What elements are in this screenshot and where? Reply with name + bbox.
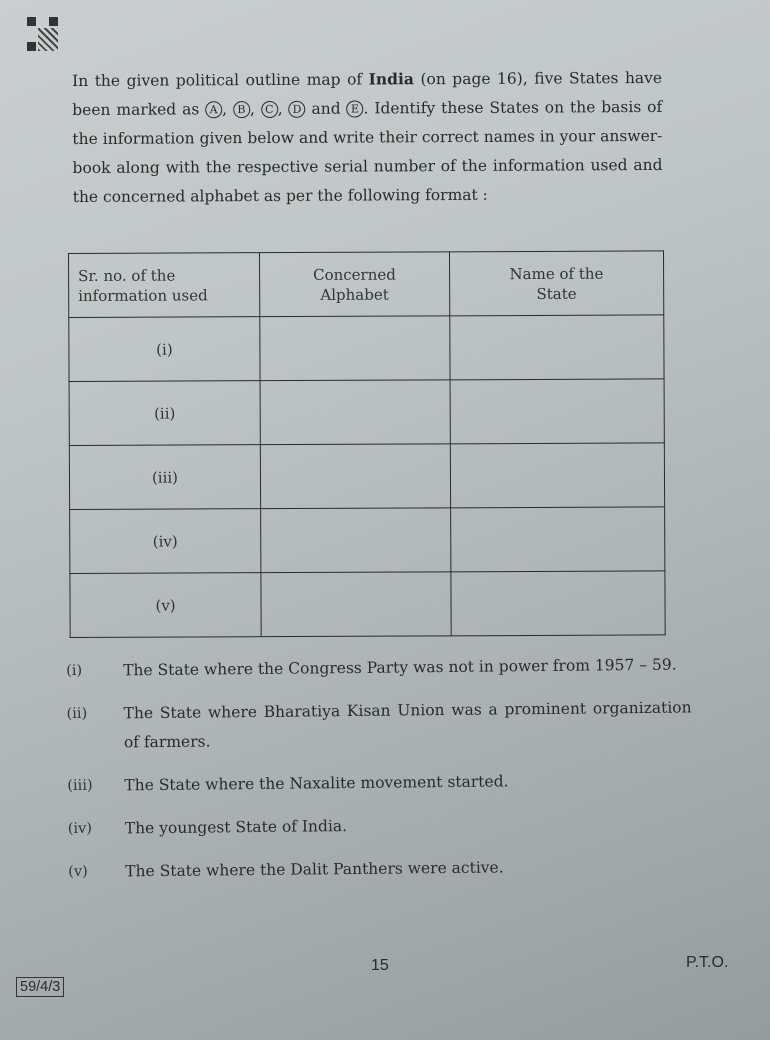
cell-alphabet <box>260 444 450 509</box>
header-line: Sr. no. of the <box>78 266 175 284</box>
marker-a-icon: A <box>205 101 222 118</box>
separator: , <box>278 100 289 118</box>
marker-e-icon: E <box>346 100 363 117</box>
separator: , <box>222 100 233 118</box>
item-number: (ii) <box>66 699 124 758</box>
answer-format-table: Sr. no. of theinformation used Concerned… <box>68 250 666 638</box>
cell-sr: (ii) <box>69 381 260 446</box>
table-row: (iv) <box>70 507 665 574</box>
table-row: (i) <box>69 315 664 382</box>
cell-alphabet <box>261 572 451 637</box>
cell-alphabet <box>261 508 451 573</box>
item-number: (v) <box>68 857 125 887</box>
intro-bold-india: India <box>369 69 414 88</box>
information-list: (i)The State where the Congress Party wa… <box>66 650 694 901</box>
item-text: The youngest State of India. <box>125 808 693 843</box>
separator: , <box>250 100 261 118</box>
cell-state <box>450 507 665 572</box>
header-line: State <box>536 284 576 302</box>
header-line: information used <box>78 286 208 305</box>
item-text: The State where the Dalit Panthers were … <box>125 851 693 886</box>
header-concerned-alphabet: ConcernedAlphabet <box>260 252 450 317</box>
marker-c-icon: C <box>261 101 278 118</box>
cell-state <box>451 571 666 636</box>
item-text: The State where the Congress Party was n… <box>123 650 691 685</box>
cell-sr: (iv) <box>70 509 261 574</box>
table-row: (ii) <box>69 379 664 446</box>
list-item: (ii)The State where Bharatiya Kisan Unio… <box>66 693 692 758</box>
separator: and <box>306 100 347 118</box>
table-row: (iii) <box>69 443 664 510</box>
header-line: Concerned <box>313 265 396 283</box>
header-line: Alphabet <box>320 285 388 303</box>
page-number: 15 <box>371 957 389 975</box>
cell-sr: (iii) <box>69 445 260 510</box>
item-number: (i) <box>66 656 123 686</box>
header-sr-no: Sr. no. of theinformation used <box>69 253 260 318</box>
marker-d-icon: D <box>289 101 306 118</box>
cell-state <box>450 379 665 444</box>
item-number: (iii) <box>67 771 124 801</box>
item-number: (iv) <box>68 814 125 844</box>
paper-code-box: 59/4/3 <box>16 977 64 997</box>
question-intro: In the given political outline map of In… <box>72 63 663 212</box>
qr-code-icon <box>27 17 58 51</box>
table-header-row: Sr. no. of theinformation used Concerned… <box>69 251 664 318</box>
cell-alphabet <box>260 316 450 381</box>
list-item: (iii)The State where the Naxalite moveme… <box>67 765 692 801</box>
cell-state <box>449 315 664 380</box>
list-item: (i)The State where the Congress Party wa… <box>66 650 691 686</box>
cell-sr: (i) <box>69 317 260 382</box>
table-row: (v) <box>70 571 665 638</box>
list-item: (iv)The youngest State of India. <box>68 808 693 844</box>
marker-b-icon: B <box>233 101 250 118</box>
cell-sr: (v) <box>70 573 261 638</box>
header-line: Name of the <box>509 264 603 282</box>
cell-alphabet <box>260 380 450 445</box>
intro-text: In the given political outline map of <box>72 70 369 90</box>
list-item: (v)The State where the Dalit Panthers we… <box>68 851 693 887</box>
pto-label: P.T.O. <box>686 954 728 972</box>
header-state-name: Name of theState <box>449 251 664 316</box>
item-text: The State where the Naxalite movement st… <box>124 765 692 800</box>
item-text: The State where Bharatiya Kisan Union wa… <box>123 693 692 757</box>
cell-state <box>450 443 665 508</box>
